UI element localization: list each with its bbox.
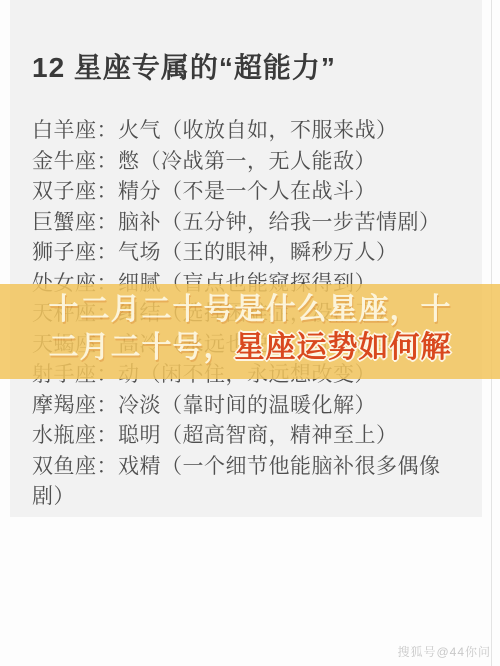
headline-line1-text: 十二月二十号是什么星座，十 bbox=[49, 293, 452, 326]
zodiac-row-taurus: 金牛座：憋（冷战第一，无人能敌） bbox=[32, 147, 472, 178]
zodiac-row-aries: 白羊座：火气（收放自如，不服来战） bbox=[32, 116, 472, 147]
headline-banner: 十二月二十号是什么星座，十 二月二十号，星座运势如何解 bbox=[0, 284, 500, 379]
headline-line2-red-text: 星座运势如何解 bbox=[235, 331, 452, 364]
zodiac-row-capricorn: 摩羯座：冷淡（靠时间的温暖化解） bbox=[32, 391, 472, 422]
watermark: 搜狐号@44你问 bbox=[397, 643, 491, 660]
headline-line2-white-text: 二月二十号， bbox=[49, 331, 235, 364]
headline-text: 十二月二十号是什么星座，十 二月二十号，星座运势如何解 bbox=[0, 291, 500, 367]
zodiac-row-gemini: 双子座：精分（不是一个人在战斗） bbox=[32, 177, 472, 208]
zodiac-row-leo: 狮子座：气场（王的眼神，瞬秒万人） bbox=[32, 238, 472, 269]
headline-line-1: 十二月二十号是什么星座，十 bbox=[0, 291, 500, 329]
zodiac-row-cancer: 巨蟹座：脑补（五分钟，给我一步苦情剧） bbox=[32, 208, 472, 239]
page-title: 12 星座专属的“超能力” bbox=[32, 46, 462, 86]
zodiac-row-pisces: 双鱼座：戏精（一个细节他能脑补很多偶像剧） bbox=[32, 452, 472, 513]
zodiac-row-aquarius: 水瓶座：聪明（超高智商，精神至上） bbox=[32, 421, 472, 452]
headline-line-2: 二月二十号，星座运势如何解 bbox=[0, 329, 500, 367]
